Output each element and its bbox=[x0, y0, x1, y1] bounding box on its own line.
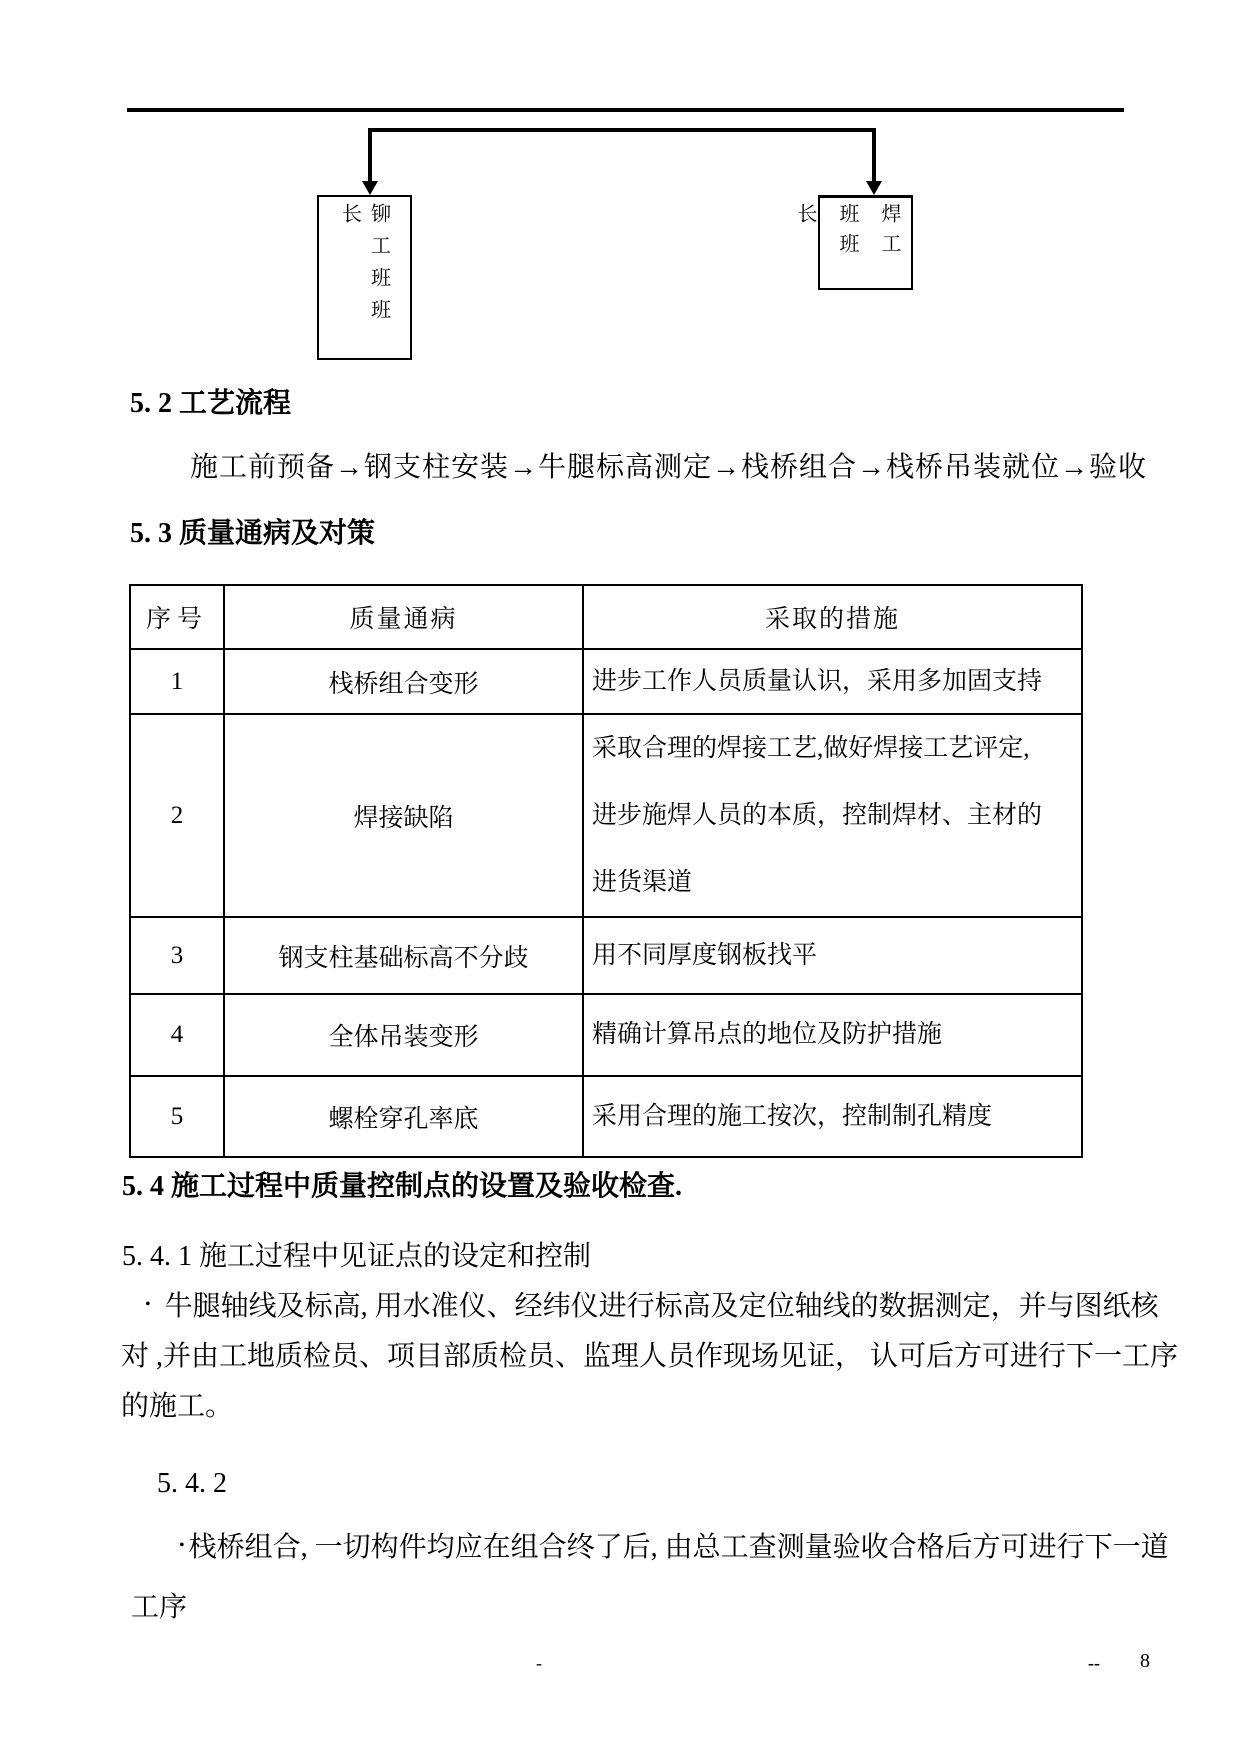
cell-measure: 用不同厚度钢板找平 bbox=[583, 917, 1082, 994]
cell-measure: 进步工作人员质量认识，采用多加固支持 bbox=[583, 649, 1082, 714]
cell-problem: 栈桥组合变形 bbox=[224, 649, 583, 714]
cell-seq: 1 bbox=[130, 649, 224, 714]
paragraph-line-gongxu: 工序 bbox=[131, 1592, 187, 1624]
bullet-line-2-text: 栈桥组合, 一切构件均应在组合终了后, 由总工查测量验收合格后方可进行下一道 bbox=[189, 1532, 1169, 1563]
table-row: 1 栈桥组合变形 进步工作人员质量认识，采用多加固支持 bbox=[130, 649, 1082, 714]
connector-vertical-line-left bbox=[368, 128, 372, 182]
footer-page-number: 8 bbox=[1140, 1651, 1150, 1671]
cell-measure: 采取合理的焊接工艺,做好焊接工艺评定, 进步施焊人员的本质，控制焊材、主材的 进… bbox=[583, 714, 1082, 917]
footer-center-mark: - bbox=[536, 1653, 542, 1673]
paragraph-line-2: 对 ,并由工地质检员、项目部质检员、监理人员作现场见证， 认可后方可进行下一工序 bbox=[121, 1341, 1178, 1373]
cell-seq: 4 bbox=[130, 994, 224, 1076]
org-box-riveter-class-leader: 铆工班班长 bbox=[317, 195, 412, 360]
cell-problem: 焊接缺陷 bbox=[224, 714, 583, 917]
section-5-4-2-title: 5. 4. 2 bbox=[157, 1468, 227, 1500]
arrow-down-icon bbox=[362, 181, 378, 195]
column-header-measure: 采取的措施 bbox=[583, 585, 1082, 649]
connector-vertical-line-right bbox=[872, 128, 876, 182]
quality-problems-table: 序号 质量通病 采取的措施 1 栈桥组合变形 进步工作人员质量认识，采用多加固支… bbox=[129, 584, 1083, 1158]
cell-seq: 3 bbox=[130, 917, 224, 994]
section-5-3-title: 5. 3 质量通病及对策 bbox=[130, 519, 375, 549]
table-row: 5 螺栓穿孔率底 采用合理的施工按次，控制制孔精度 bbox=[130, 1076, 1082, 1157]
cell-problem: 钢支柱基础标高不分歧 bbox=[224, 917, 583, 994]
cell-problem: 全体吊装变形 bbox=[224, 994, 583, 1076]
bullet-line-1: •牛腿轴线及标高, 用水准仪、经纬仪进行标高及定位轴线的数据测定，并与图纸核 bbox=[145, 1289, 1159, 1323]
bullet-line-1-text: 牛腿轴线及标高, 用水准仪、经纬仪进行标高及定位轴线的数据测定，并与图纸核 bbox=[165, 1291, 1159, 1322]
table-row: 3 钢支柱基础标高不分歧 用不同厚度钢板找平 bbox=[130, 917, 1082, 994]
org-box-welder-class-leader: 焊工班班长 bbox=[818, 195, 913, 290]
cell-measure: 精确计算吊点的地位及防护措施 bbox=[583, 994, 1082, 1076]
bullet-icon: • bbox=[145, 1289, 151, 1321]
org-box-label: 焊工班班长 bbox=[784, 198, 911, 288]
header-rule bbox=[127, 108, 1124, 112]
footer-dashes: -- bbox=[1088, 1653, 1100, 1673]
cell-seq: 2 bbox=[130, 714, 224, 917]
connector-horizontal-line bbox=[368, 128, 876, 132]
cell-measure: 采用合理的施工按次，控制制孔精度 bbox=[583, 1076, 1082, 1157]
org-box-label: 铆工班班长 bbox=[336, 197, 394, 358]
cell-seq: 5 bbox=[130, 1076, 224, 1157]
bullet-icon: • bbox=[179, 1530, 185, 1562]
table-row: 4 全体吊装变形 精确计算吊点的地位及防护措施 bbox=[130, 994, 1082, 1076]
process-flow-text: 施工前预备→钢支柱安装→牛腿标高测定→栈桥组合→栈桥吊装就位→验收 bbox=[190, 452, 1147, 484]
bullet-line-2: •栈桥组合, 一切构件均应在组合终了后, 由总工查测量验收合格后方可进行下一道 bbox=[179, 1530, 1169, 1564]
document-page: { "document": { "org_chart": { "left_box… bbox=[0, 0, 1241, 1754]
table-header-row: 序号 质量通病 采取的措施 bbox=[130, 585, 1082, 649]
column-header-problem: 质量通病 bbox=[224, 585, 583, 649]
column-header-seq: 序号 bbox=[130, 585, 224, 649]
section-5-4-title: 5. 4 施工过程中质量控制点的设置及验收检查. bbox=[122, 1172, 682, 1202]
section-5-2-title: 5. 2 工艺流程 bbox=[130, 389, 291, 419]
section-5-4-1-title: 5. 4. 1 施工过程中见证点的设定和控制 bbox=[122, 1241, 591, 1273]
table-row: 2 焊接缺陷 采取合理的焊接工艺,做好焊接工艺评定, 进步施焊人员的本质，控制焊… bbox=[130, 714, 1082, 917]
cell-problem: 螺栓穿孔率底 bbox=[224, 1076, 583, 1157]
paragraph-line-3: 的施工。 bbox=[121, 1391, 233, 1423]
arrow-down-icon bbox=[866, 181, 882, 195]
